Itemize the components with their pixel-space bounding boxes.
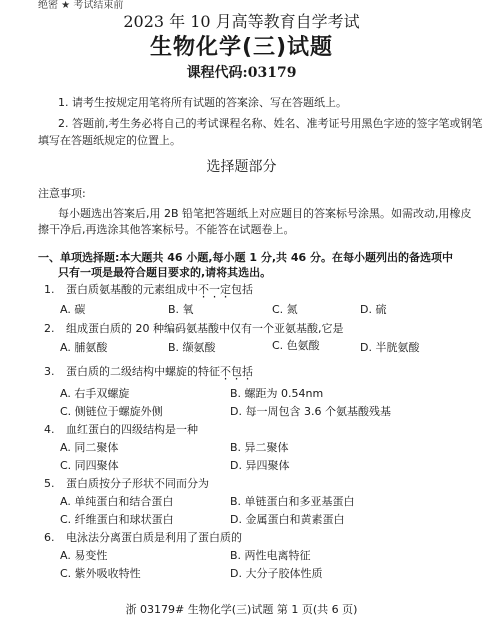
q4-option-b: B. 异二聚体	[230, 441, 289, 455]
q6-option-a: A. 易变性	[60, 549, 107, 563]
q6-option-b: B. 两性电离特征	[230, 549, 311, 563]
part1-heading-line-2: 只有一项是最符合题目要求的,请将其选出。	[58, 266, 271, 280]
q1-option-b: B. 氧	[168, 303, 194, 317]
instruction-2-cont: 填写在答题纸规定的位置上。	[38, 134, 181, 148]
question-stem: 蛋白质的二级结构中螺旋的特征不包括	[66, 365, 253, 378]
emphasis-char: 不	[220, 365, 231, 379]
question-stem: 血红蛋白的四级结构是一种	[66, 423, 198, 436]
exam-title: 2023 年 10 月高等教育自学考试	[0, 12, 483, 32]
question-stem: 电泳法分离蛋白质是利用了蛋白质的	[66, 531, 242, 544]
q3-option-d: D. 每一周包含 3.6 个氨基酸残基	[230, 405, 391, 419]
q3-option-c: C. 侧链位于螺旋外侧	[60, 405, 163, 419]
question-2: 2. 组成蛋白质的 20 种编码氨基酸中仅有一个亚氨基酸,它是	[44, 322, 344, 336]
q5-option-c: C. 纤维蛋白和球状蛋白	[60, 513, 174, 527]
confidential-mark: 绝密 ★ 考试结束前	[38, 0, 123, 11]
q5-option-d: D. 金属蛋白和黄素蛋白	[230, 513, 344, 527]
question-number: 4.	[44, 423, 55, 436]
q4-option-c: C. 同四聚体	[60, 459, 119, 473]
q5-option-a: A. 单纯蛋白和结合蛋白	[60, 495, 173, 509]
question-stem: 蛋白质氨基酸的元素组成中不一定包括	[66, 283, 253, 296]
question-stem: 组成蛋白质的 20 种编码氨基酸中仅有一个亚氨基酸,它是	[66, 322, 344, 335]
question-3: 3. 蛋白质的二级结构中螺旋的特征不包括	[44, 365, 253, 379]
section-title: 选择题部分	[0, 158, 483, 176]
question-6: 6. 电泳法分离蛋白质是利用了蛋白质的	[44, 531, 242, 545]
question-number: 3.	[44, 365, 55, 378]
q1-option-c: C. 氮	[272, 303, 298, 317]
q2-option-d: D. 半胱氨酸	[360, 341, 419, 355]
emphasis-char: 一	[209, 283, 220, 297]
q2-option-c: C. 色氨酸	[272, 339, 320, 353]
notes-line-1: 每小题选出答案后,用 2B 铅笔把答题纸上对应题目的答案标号涂黑。如需改动,用橡…	[58, 207, 472, 221]
q6-option-c: C. 紫外吸收特性	[60, 567, 141, 581]
question-1: 1. 蛋白质氨基酸的元素组成中不一定包括	[44, 283, 253, 297]
q5-option-b: B. 单链蛋白和多亚基蛋白	[230, 495, 355, 509]
q3-option-b: B. 螺距为 0.54nm	[230, 387, 323, 401]
emphasis-char: 括	[242, 365, 253, 379]
question-number: 2.	[44, 322, 55, 335]
q3-option-a: A. 右手双螺旋	[60, 387, 129, 401]
q1-option-d: D. 硫	[360, 303, 386, 317]
question-number: 5.	[44, 477, 55, 490]
subject-title: 生物化学(三)试题	[0, 34, 483, 62]
notes-label: 注意事项:	[38, 187, 86, 201]
instruction-1: 1. 请考生按规定用笔将所有试题的答案涂、写在答题纸上。	[58, 96, 347, 110]
q4-option-a: A. 同二聚体	[60, 441, 118, 455]
emphasis-char: 定	[220, 283, 231, 297]
instruction-2: 2. 答题前,考生务必将自己的考试课程名称、姓名、准考证号用黑色字迹的签字笔或钢…	[58, 117, 483, 131]
q2-option-a: A. 脯氨酸	[60, 341, 107, 355]
q1-option-a: A. 碳	[60, 303, 85, 317]
question-number: 6.	[44, 531, 55, 544]
question-5: 5. 蛋白质按分子形状不同而分为	[44, 477, 209, 491]
question-number: 1.	[44, 283, 55, 296]
emphasis-char: 包	[231, 365, 242, 379]
part1-heading-line-1: 一、单项选择题:本大题共 46 小题,每小题 1 分,共 46 分。在每小题列出…	[38, 251, 453, 265]
course-code: 课程代码:03179	[0, 64, 483, 82]
notes-line-2: 擦干净后,再选涂其他答案标号。不能答在试题卷上。	[38, 223, 295, 237]
question-stem: 蛋白质按分子形状不同而分为	[66, 477, 209, 490]
page-footer: 浙 03179# 生物化学(三)试题 第 1 页(共 6 页)	[0, 603, 483, 617]
q6-option-d: D. 大分子胶体性质	[230, 567, 322, 581]
q4-option-d: D. 异四聚体	[230, 459, 289, 473]
emphasis-char: 不	[198, 283, 209, 297]
question-4: 4. 血红蛋白的四级结构是一种	[44, 423, 198, 437]
q2-option-b: B. 缬氨酸	[168, 341, 216, 355]
